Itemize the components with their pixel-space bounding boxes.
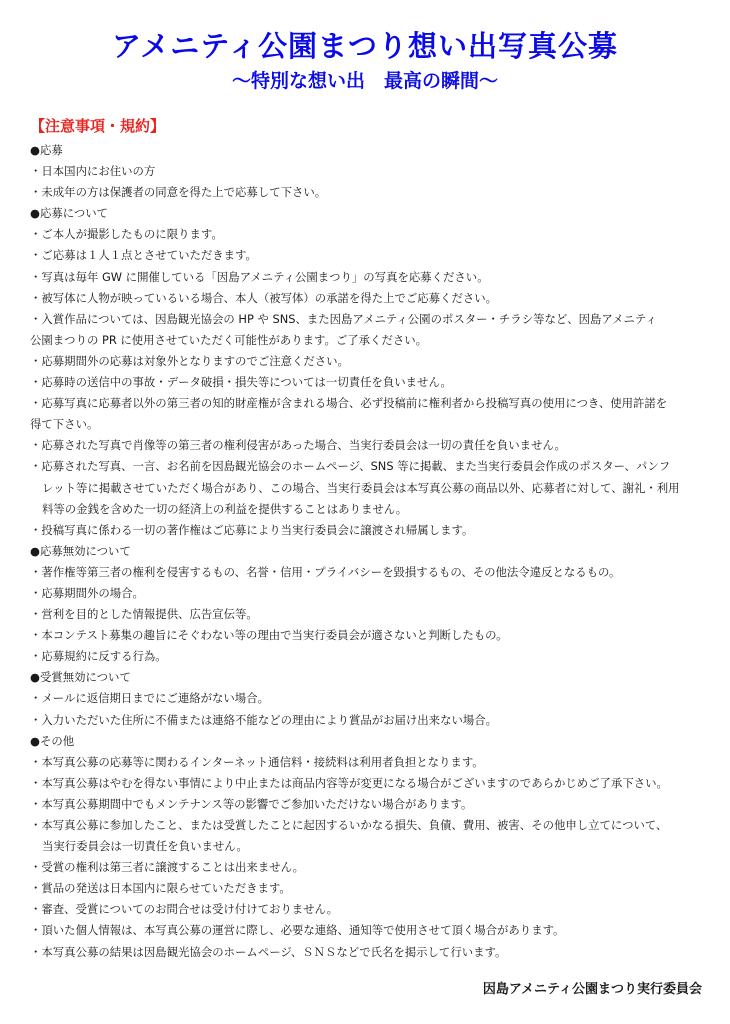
terms-list-item: ・応募写真に応募者以外の第三者の知的財産権が含まれる場合、必ず投稿前に権利者から… [30, 393, 710, 414]
terms-body: ●応募・日本国内にお住いの方・未成年の方は保護者の同意を得た上で応募して下さい。… [30, 140, 710, 963]
terms-list-item-continuation: レット等に掲載させていただく場合があり、この場合、当実行委員会は本写真公募の商品… [30, 478, 710, 499]
terms-subheading: ●応募について [30, 203, 710, 224]
terms-list-item: ・応募期間外の場合。 [30, 583, 710, 604]
terms-list-item-continuation: 当実行委員会は一切責任を負いません。 [30, 836, 710, 857]
terms-list-item-continuation: 公園まつりの PR に使用させていただく可能性があります。ご了承ください。 [30, 330, 710, 351]
terms-list-item: ・ご本人が撮影したものに限ります。 [30, 224, 710, 245]
terms-list-item: ・賞品の発送は日本国内に限らせていただきます。 [30, 878, 710, 899]
terms-subheading: ●応募 [30, 140, 710, 161]
terms-list-item: ・投稿写真に係わる一切の著作権はご応募により当実行委員会に譲渡され帰属します。 [30, 520, 710, 541]
terms-list-item: ・著作権等第三者の権利を侵害するもの、名誉・信用・プライバシーを毀損するもの、そ… [30, 562, 710, 583]
terms-list-item: ・応募時の送信中の事故・データ破損・損失等については一切責任を負いません。 [30, 372, 710, 393]
terms-list-item: ・本写真公募期間中でもメンテナンス等の影響でご参加いただけない場合があります。 [30, 794, 710, 815]
terms-subheading: ●その他 [30, 731, 710, 752]
terms-list-item: ・未成年の方は保護者の同意を得た上で応募して下さい。 [30, 182, 710, 203]
page-subtitle: ～特別な想い出 最高の瞬間～ [0, 68, 730, 94]
terms-list-item: ・審査、受賞についてのお問合せは受け付けておりません。 [30, 899, 710, 920]
terms-list-item: ・頂いた個人情報は、本写真公募の運営に際し、必要な連絡、通知等で使用させて頂く場… [30, 920, 710, 941]
terms-list-item: ・応募規約に反する行為。 [30, 646, 710, 667]
terms-list-item-continuation: 料等の金銭を含めた一切の経済上の利益を提供することはありません。 [30, 499, 710, 520]
terms-list-item: ・本コンテスト募集の趣旨にそぐわない等の理由で当実行委員会が適さないと判断したも… [30, 625, 710, 646]
terms-subheading: ●応募無効について [30, 541, 710, 562]
terms-list-item: ・本写真公募の結果は因島観光協会のホームページ、ＳＮＳなどで氏名を掲示して行いま… [30, 942, 710, 963]
terms-list-item: ・本写真公募の応募等に関わるインターネット通信料・接続料は利用者負担となります。 [30, 752, 710, 773]
terms-list-item: ・応募された写真、一言、お名前を因島観光協会のホームページ、SNS 等に掲載、ま… [30, 456, 710, 477]
terms-list-item: ・日本国内にお住いの方 [30, 161, 710, 182]
terms-list-item: ・応募期間外の応募は対象外となりますのでご注意ください。 [30, 351, 710, 372]
organizer-signature: 因島アメニティ公園まつり実行委員会 [483, 980, 702, 1000]
terms-list-item-continuation: 得て下さい。 [30, 414, 710, 435]
terms-list-item: ・受賞の権利は第三者に譲渡することは出来ません。 [30, 857, 710, 878]
terms-list-item: ・写真は毎年 GW に開催している「因島アメニティ公園まつり」の写真を応募くださ… [30, 267, 710, 288]
terms-list-item: ・本写真公募に参加したこと、または受賞したことに起因するいかなる損失、負債、費用… [30, 815, 710, 836]
terms-list-item: ・メールに返信期日までにご連絡がない場合。 [30, 688, 710, 709]
terms-list-item: ・本写真公募はやむを得ない事情により中止または商品内容等が変更になる場合がござい… [30, 773, 710, 794]
page-title: アメニティ公園まつり想い出写真公募 [0, 28, 730, 64]
terms-list-item: ・ご応募は１人１点とさせていただきます。 [30, 245, 710, 266]
terms-list-item: ・営利を目的とした情報提供、広告宣伝等。 [30, 604, 710, 625]
terms-subheading: ●受賞無効について [30, 667, 710, 688]
terms-list-item: ・入賞作品については、因島観光協会の HP や SNS、また因島アメニティ公園の… [30, 309, 710, 330]
terms-list-item: ・応募された写真で肖像等の第三者の権利侵害があった場合、当実行委員会は一切の責任… [30, 435, 710, 456]
terms-list-item: ・入力いただいた住所に不備または連絡不能などの理由により賞品がお届け出来ない場合… [30, 710, 710, 731]
section-heading-terms: 【注意事項・規約】 [30, 116, 165, 136]
terms-list-item: ・被写体に人物が映っているいる場合、本人（被写体）の承諾を得た上でご応募ください… [30, 288, 710, 309]
